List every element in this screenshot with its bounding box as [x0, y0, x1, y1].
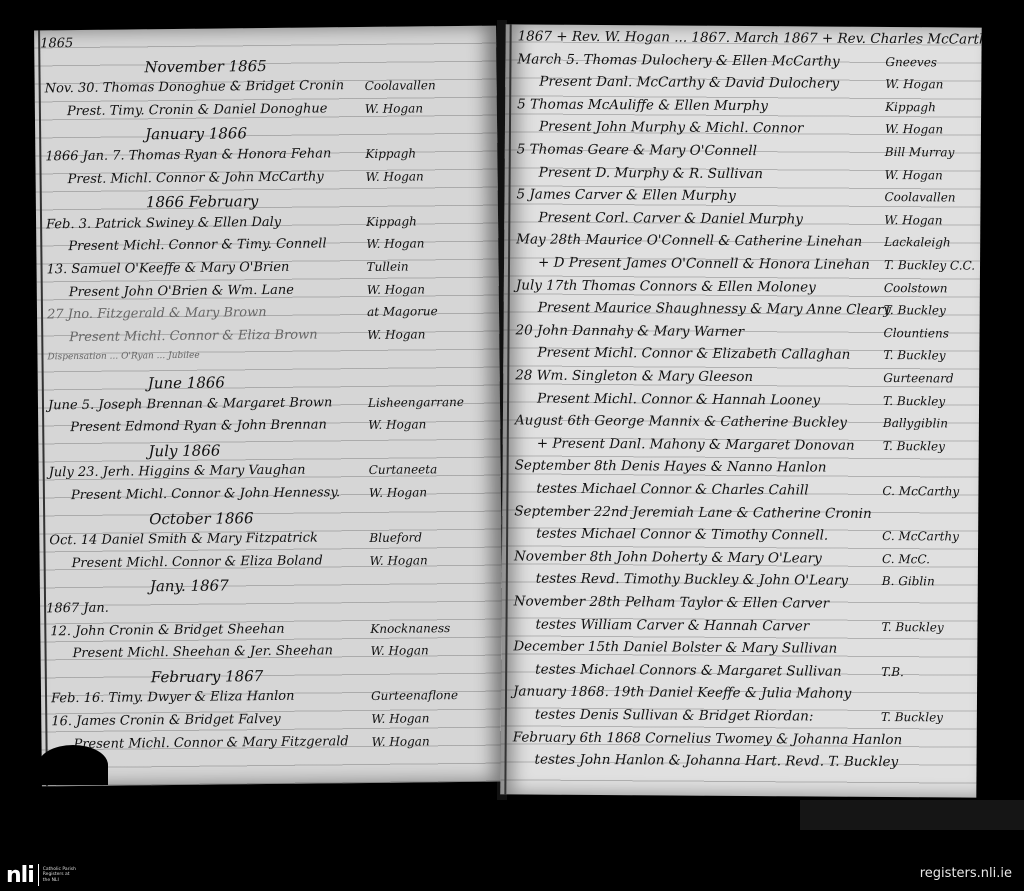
register-line: testes Denis Sullivan & Bridget Riordan:: [535, 707, 814, 725]
register-line: testes Michael Connor & Charles Cahill: [536, 481, 808, 499]
margin-rule: [38, 30, 48, 786]
register-line: June 5. Joseph Brennan & Margaret Brown: [48, 395, 333, 413]
register-line-annotation: Curtaneeta: [369, 463, 438, 478]
page-edge-shadow: [800, 800, 1024, 830]
register-line-annotation: W. Hogan: [367, 327, 425, 342]
register-line: + D Present James O'Connell & Honora Lin…: [538, 255, 870, 273]
register-page-left: 1865November 1865Nov. 30. Thomas Donoghu…: [34, 26, 504, 787]
register-line: Present Danl. McCarthy & David Dulochery: [539, 74, 839, 92]
register-line: July 17th Thomas Connors & Ellen Moloney: [516, 277, 816, 295]
register-line-annotation: W. Hogan: [365, 101, 423, 116]
register-line: Present Michl. Connor & Elizabeth Callag…: [537, 345, 850, 363]
register-line: 27 Jno. Fitzgerald & Mary Brown: [47, 305, 267, 322]
register-line: Present Edmond Ryan & John Brennan: [70, 418, 327, 436]
register-line-annotation: Lackaleigh: [884, 235, 951, 249]
register-line: testes Michael Connors & Margaret Sulliv…: [535, 661, 842, 679]
register-line: Present Corl. Carver & Daniel Murphy: [538, 209, 803, 227]
register-line: 12. John Cronin & Bridget Sheehan: [50, 621, 284, 638]
register-line-annotation: W. Hogan: [885, 122, 943, 136]
register-line: Prest. Michl. Connor & John McCarthy: [68, 169, 324, 187]
register-line: 20 John Dannahy & Mary Warner: [516, 322, 745, 340]
register-line: November 1865: [144, 57, 267, 76]
register-line: November 28th Pelham Taylor & Ellen Carv…: [514, 593, 830, 611]
register-line: Present Maurice Shaughnessy & Mary Anne …: [538, 300, 891, 318]
register-line-annotation: W. Hogan: [367, 282, 425, 297]
register-line: 5 James Carver & Ellen Murphy: [516, 187, 735, 205]
register-line: Present Michl. Connor & Eliza Boland: [72, 553, 323, 571]
register-line-annotation: B. Giblin: [882, 574, 935, 588]
register-line: testes William Carver & Hannah Carver: [535, 616, 809, 634]
register-line: 16. James Cronin & Bridget Falvey: [51, 712, 281, 729]
register-line-annotation: T. Buckley: [883, 394, 945, 408]
register-line-annotation: Kippagh: [365, 146, 416, 161]
register-line: October 1866: [149, 509, 254, 528]
register-line: Present Michl. Connor & Hannah Looney: [537, 390, 820, 408]
register-line-annotation: T. Buckley: [881, 620, 943, 634]
register-line-annotation: T. Buckley: [884, 303, 946, 317]
register-line-annotation: W. Hogan: [366, 237, 424, 252]
register-line: July 23. Jerh. Higgins & Mary Vaughan: [49, 463, 306, 481]
nli-logo[interactable]: nli Catholic Parish Registers at the NLI: [6, 862, 77, 888]
register-line: Present Michl. Connor & Timy. Connell: [68, 237, 326, 255]
register-line-annotation: W. Hogan: [366, 169, 424, 184]
register-line-annotation: Kippagh: [885, 100, 936, 114]
register-line-annotation: W. Hogan: [370, 644, 428, 659]
register-line: 1866 February: [146, 192, 259, 211]
margin-rule: [504, 24, 511, 794]
register-line-annotation: Gneeves: [885, 55, 937, 69]
register-line: January 1866: [145, 125, 247, 144]
logo-mark: nli: [6, 863, 34, 888]
logo-divider: [38, 864, 39, 886]
register-line: 5 Thomas Geare & Mary O'Connell: [517, 141, 757, 159]
register-line: Present D. Murphy & R. Sullivan: [539, 164, 763, 182]
register-line: Feb. 16. Timy. Dwyer & Eliza Hanlon: [51, 689, 295, 707]
register-line: February 1867: [151, 667, 264, 686]
register-line: Dispensation ... O'Ryan ... Jubilee: [47, 351, 199, 363]
register-line: 1867 Jan.: [46, 601, 109, 617]
register-line: Jany. 1867: [150, 577, 229, 596]
register-line-annotation: Coolavallen: [365, 78, 436, 93]
register-line-annotation: W. Hogan: [368, 418, 426, 433]
register-line: Present John Murphy & Michl. Connor: [539, 119, 803, 137]
register-line-annotation: W. Hogan: [371, 711, 429, 726]
register-line: Present Michl. Sheehan & Jer. Sheehan: [73, 644, 334, 662]
register-line: September 8th Denis Hayes & Nanno Hanlon: [515, 458, 827, 476]
register-line-annotation: C. McCarthy: [882, 529, 959, 544]
register-line-annotation: Gurteenaflone: [371, 688, 458, 703]
register-line: February 6th 1868 Cornelius Twomey & Joh…: [513, 729, 903, 748]
register-line-annotation: Tullein: [366, 260, 408, 274]
site-url[interactable]: registers.nli.ie: [920, 866, 1012, 881]
register-line: Present Michl. Connor & Eliza Brown: [69, 327, 317, 345]
register-line-annotation: Knocknaness: [370, 621, 450, 636]
register-line: 1867 + Rev. W. Hogan ... 1867. March 186…: [518, 28, 982, 49]
register-line: Present Michl. Connor & Mary Fitzgerald: [73, 734, 348, 752]
register-line: testes John Hanlon & Johanna Hart. Revd.…: [535, 752, 899, 771]
register-line-annotation: W. Hogan: [371, 734, 429, 749]
register-line-annotation: Bill Murray: [885, 145, 955, 159]
register-line: 13. Samuel O'Keeffe & Mary O'Brien: [46, 260, 289, 278]
register-line: Present Michl. Connor & John Hennessy.: [71, 485, 340, 503]
register-line: August 6th George Mannix & Catherine Buc…: [515, 413, 847, 431]
register-line: June 1866: [148, 373, 225, 392]
register-line-annotation: T. Buckley: [883, 348, 945, 362]
register-line: Prest. Timy. Cronin & Daniel Donoghue: [67, 101, 328, 119]
register-line-annotation: at Magorue: [367, 304, 438, 319]
register-line: Feb. 3. Patrick Swiney & Ellen Daly: [46, 215, 281, 232]
register-line-annotation: T. Buckley: [881, 710, 943, 724]
register-line-annotation: Gurteenard: [883, 371, 953, 385]
register-line-annotation: Coolavallen: [884, 190, 955, 204]
register-line: Oct. 14 Daniel Smith & Mary Fitzpatrick: [49, 531, 318, 549]
register-line: Present John O'Brien & Wm. Lane: [69, 282, 294, 299]
register-line-annotation: Clountiens: [884, 326, 949, 340]
register-line-annotation: C. McC.: [882, 552, 930, 566]
register-line-annotation: W. Hogan: [369, 485, 427, 500]
register-line: 1865: [40, 36, 73, 51]
register-line: 1866 Jan. 7. Thomas Ryan & Honora Fehan: [45, 146, 331, 164]
register-line: March 5. Thomas Dulochery & Ellen McCart…: [517, 51, 839, 69]
register-line-annotation: T.B.: [881, 665, 904, 679]
register-line: 5 Thomas McAuliffe & Ellen Murphy: [517, 96, 768, 114]
register-line: testes Michael Connor & Timothy Connell.: [536, 526, 828, 544]
register-line-annotation: W. Hogan: [884, 213, 942, 227]
register-line: November 8th John Doherty & Mary O'Leary: [514, 548, 822, 566]
register-line-annotation: Kippagh: [366, 214, 417, 229]
register-line: Nov. 30. Thomas Donoghue & Bridget Croni…: [45, 78, 345, 96]
register-line-annotation: Blueford: [369, 531, 422, 546]
register-line: May 28th Maurice O'Connell & Catherine L…: [516, 232, 862, 250]
register-line: + Present Danl. Mahony & Margaret Donova…: [537, 435, 855, 453]
register-line-annotation: Ballygiblin: [883, 416, 948, 430]
register-line-annotation: W. Hogan: [885, 168, 943, 182]
register-line: testes Revd. Timothy Buckley & John O'Le…: [536, 571, 848, 589]
register-line: September 22nd Jeremiah Lane & Catherine…: [514, 503, 872, 521]
register-line: December 15th Daniel Bolster & Mary Sull…: [513, 639, 837, 657]
register-line: January 1868. 19th Daniel Keeffe & Julia…: [513, 684, 851, 702]
register-line: 28 Wm. Singleton & Mary Gleeson: [515, 367, 753, 385]
register-page-right: 1867 + Rev. W. Hogan ... 1867. March 186…: [500, 24, 981, 797]
logo-subtitle: Catholic Parish Registers at the NLI: [43, 867, 77, 884]
register-line: July 1866: [148, 441, 220, 460]
shadow-blot: [38, 745, 108, 785]
register-line-annotation: C. McCarthy: [882, 484, 959, 499]
register-line-annotation: Coolstown: [884, 281, 948, 295]
register-line-annotation: Lisheengarrane: [368, 395, 464, 410]
register-line-annotation: T. Buckley C.C.: [884, 258, 975, 273]
register-line-annotation: T. Buckley: [883, 439, 945, 453]
register-line-annotation: W. Hogan: [370, 553, 428, 568]
register-line-annotation: W. Hogan: [885, 77, 943, 91]
